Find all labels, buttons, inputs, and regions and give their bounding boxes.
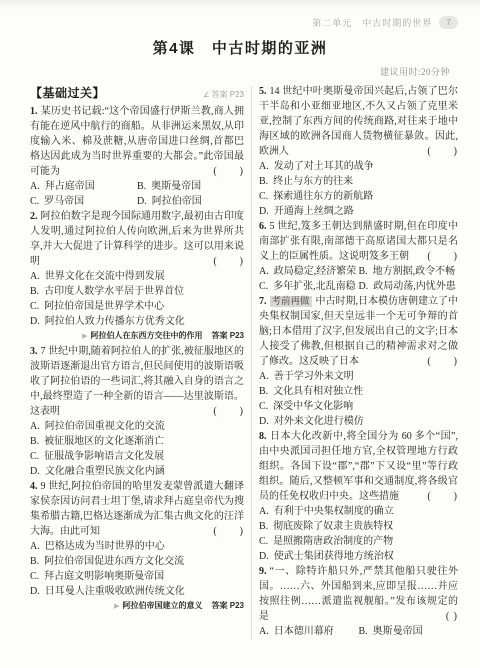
option-row: C.多年扩张,北乱南稳 D.政局动荡,内忧外患 — [259, 279, 458, 294]
answer-ref-label: 答案 P23 — [212, 90, 244, 99]
option-c: C.多年扩张,北乱南稳 — [259, 279, 359, 294]
answer-bracket: ( ) — [427, 354, 458, 369]
option-d: D.文化融合重塑民族文化内涵 — [30, 464, 244, 479]
option-a: A.世界文化在交流中得到发展 — [30, 269, 244, 284]
option-a: A.阿拉伯帝国重视文化的交流 — [30, 419, 244, 434]
right-column: 5.14 世纪中叶奥斯曼帝国兴起后,占领了巴尔干半岛和小亚细亚地区,不久又占领了… — [259, 84, 458, 639]
triangle-icon: ▶ — [114, 603, 119, 610]
question-number: 7. — [259, 296, 267, 307]
option-b: B.阿拉伯帝国促进东西方文化交流 — [30, 554, 244, 569]
answer-ref: ∠答案 P23 — [203, 89, 244, 100]
section-title: 【基础过关】 — [30, 84, 105, 101]
option-c: C.拜占庭文明影响奥斯曼帝国 — [30, 569, 244, 584]
option-b: B.地方割据,政令不畅 — [359, 264, 456, 279]
question-number: 5. — [259, 86, 267, 97]
answer-bracket: ( ) — [213, 254, 244, 269]
answer-bracket: ( ) — [427, 144, 458, 159]
option-c: C.阿拉伯帝国是世界学术中心 — [30, 299, 244, 314]
answer-bracket: ( ) — [213, 524, 244, 539]
question-stem: 2.阿拉伯数字是现今国际通用数字,最初由古印度人发明,通过阿拉伯人传向欧洲,后来… — [30, 209, 244, 269]
workbook-page: 第二单元 中古时期的世界 7 第4课 中古时期的亚洲 建议用时:20分钟 【基础… — [0, 0, 480, 668]
option-b: B.文化具有相对独立性 — [259, 384, 458, 399]
answer-bracket: ( ) — [427, 489, 458, 504]
option-a: A.日本德川幕府 — [259, 624, 359, 639]
question-stem: 8.日本大化改新中,将全国分为 60 多个“国”,由中央派国司担任地方官,全权管… — [259, 429, 458, 504]
stem-text: 7 世纪中期,随着阿拉伯人的扩张,被征服地区的波斯语逐渐退出官方语言,但民间使用… — [30, 346, 244, 417]
option-c: C.深受中华文化影响 — [259, 399, 458, 414]
option-row: A.政局稳定,经济繁荣 B.地方割据,政令不畅 — [259, 264, 458, 279]
question-7: 7.考前再做中古时期,日本模仿唐朝建立了中央集权制国家,但天皇远非一个无可争辩的… — [259, 294, 458, 429]
question-number: 8. — [259, 431, 267, 442]
option-b: B.奥斯曼帝国 — [137, 179, 201, 194]
question-number: 9. — [259, 566, 267, 577]
option-b: B.奥斯曼帝国 — [359, 624, 423, 639]
option-b: B.被征服地区的文化逐渐消亡 — [30, 434, 244, 449]
option-b: B.古印度人数学水平居于世界首位 — [30, 284, 244, 299]
answer-bracket: ( ) — [213, 164, 244, 179]
option-c: C.征服战争影响语言文化发展 — [30, 449, 244, 464]
question-8: 8.日本大化改新中,将全国分为 60 多个“国”,由中央派国司担任地方官,全权管… — [259, 429, 458, 564]
option-d: D.政局动荡,内忧外患 — [359, 279, 456, 294]
answer-bracket: ( ) — [427, 249, 458, 264]
question-4: 4.9 世纪,阿拉伯帝国的哈里发麦蒙曾派遣大翻译家侯奈因访问君士坦丁堡,请求拜占… — [30, 479, 244, 614]
question-9: 9.“一、除特许船只外,严禁其他船只驶往外国。……六、外国船到来,应即呈报……并… — [259, 564, 458, 639]
question-stem: 6.5 世纪,笈多王朝达到鼎盛时期,但在印度中南部扩张有限,南部德干高原诸国大都… — [259, 219, 458, 264]
option-row: C.罗马帝国 D.阿拉伯帝国 — [30, 194, 244, 209]
option-row: A.日本德川幕府 B.奥斯曼帝国 — [259, 624, 458, 639]
stem-text: 阿拉伯数字是现今国际通用数字,最初由古印度人发明,通过阿拉伯人传向欧洲,后来为世… — [30, 211, 244, 267]
option-row: A.拜占庭帝国 B.奥斯曼帝国 — [30, 179, 244, 194]
option-d: D.日耳曼人注重吸收欧洲传统文化 — [30, 584, 244, 599]
question-2: 2.阿拉伯数字是现今国际通用数字,最初由古印度人发明,通过阿拉伯人传向欧洲,后来… — [30, 209, 244, 344]
question-number: 2. — [30, 211, 38, 222]
topic-note: ▶阿拉伯人在东西方交往中的作用答案 P23 — [30, 329, 244, 344]
option-a: A.拜占庭帝国 — [30, 179, 137, 194]
option-d: D.阿拉伯人致力传播东方优秀文化 — [30, 314, 244, 329]
stem-text: 某历史书记载:“这个帝国盛行伊斯兰教,商人拥有能在逆风中航行的商船。从非洲运来黑… — [30, 106, 244, 177]
option-c: C.是照搬隋唐政治制度的产物 — [259, 534, 458, 549]
option-a: A.政局稳定,经济繁荣 — [259, 264, 359, 279]
question-stem: 4.9 世纪,阿拉伯帝国的哈里发麦蒙曾派遣大翻译家侯奈因访问君士坦丁堡,请求拜占… — [30, 479, 244, 539]
option-a: A.发动了对土耳其的战争 — [259, 159, 458, 174]
stem-text: 9 世纪,阿拉伯帝国的哈里发麦蒙曾派遣大翻译家侯奈因访问君士坦丁堡,请求拜占庭皇… — [30, 481, 244, 537]
question-stem: 7.考前再做中古时期,日本模仿唐朝建立了中央集权制国家,但天皇远非一个无可争辩的… — [259, 294, 458, 369]
page-number-badge: 7 — [439, 16, 458, 29]
answer-bracket: ( ) — [446, 609, 458, 624]
stem-text: “一、除特许船只外,严禁其他船只驶往外国。……六、外国船到来,应即呈报……并应按… — [259, 566, 458, 622]
question-5: 5.14 世纪中叶奥斯曼帝国兴起后,占领了巴尔干半岛和小亚细亚地区,不久又占领了… — [259, 84, 458, 219]
option-c: C.罗马帝国 — [30, 194, 137, 209]
question-stem: 9.“一、除特许船只外,严禁其他船只驶往外国。……六、外国船到来,应即呈报……并… — [259, 564, 458, 624]
time-hint: 建议用时:20分钟 — [0, 65, 480, 78]
question-stem: 5.14 世纪中叶奥斯曼帝国兴起后,占领了巴尔干半岛和小亚细亚地区,不久又占领了… — [259, 84, 458, 159]
note-answer-ref: 答案 P23 — [212, 331, 244, 340]
content-columns: 【基础过关】 ∠答案 P23 1.某历史书记载:“这个帝国盛行伊斯兰教,商人拥有… — [0, 84, 480, 639]
question-3: 3.7 世纪中期,随着阿拉伯人的扩张,被征服地区的波斯语逐渐退出官方语言,但民间… — [30, 344, 244, 479]
answer-bracket: ( ) — [213, 404, 244, 419]
question-1: 1.某历史书记载:“这个帝国盛行伊斯兰教,商人拥有能在逆风中航行的商船。从非洲运… — [30, 104, 244, 209]
question-6: 6.5 世纪,笈多王朝达到鼎盛时期,但在印度中南部扩张有限,南部德干高原诸国大都… — [259, 219, 458, 294]
question-number: 6. — [259, 221, 267, 232]
option-b: B.终止与东方的往来 — [259, 174, 458, 189]
question-stem: 1.某历史书记载:“这个帝国盛行伊斯兰教,商人拥有能在逆风中航行的商船。从非洲运… — [30, 104, 244, 179]
note-topic: 阿拉伯帝国建立的意义 — [123, 601, 203, 610]
option-a: A.善于学习外来文明 — [259, 369, 458, 384]
option-d: D.对外来文化进行模仿 — [259, 414, 458, 429]
triangle-icon: ▶ — [82, 333, 87, 340]
topic-note: ▶阿拉伯帝国建立的意义答案 P23 — [30, 599, 244, 614]
question-stem: 3.7 世纪中期,随着阿拉伯人的扩张,被征服地区的波斯语逐渐退出官方语言,但民间… — [30, 344, 244, 419]
question-number: 3. — [30, 346, 38, 357]
section-header: 【基础过关】 ∠答案 P23 — [30, 84, 244, 101]
option-d: D.使武士集团获得地方统治权 — [259, 549, 458, 564]
option-c: C.探索通往东方的新航路 — [259, 189, 458, 204]
unit-header: 第二单元 中古时期的世界 7 — [0, 16, 480, 29]
left-column: 【基础过关】 ∠答案 P23 1.某历史书记载:“这个帝国盛行伊斯兰教,商人拥有… — [30, 84, 244, 639]
option-d: D.开通海上丝绸之路 — [259, 204, 458, 219]
lesson-title: 第4课 中古时期的亚洲 — [0, 37, 480, 58]
option-a: A.有利于中央集权制度的确立 — [259, 504, 458, 519]
option-d: D.阿拉伯帝国 — [137, 194, 202, 209]
question-number: 1. — [30, 106, 38, 117]
note-answer-ref: 答案 P23 — [212, 601, 244, 610]
column-divider — [251, 86, 252, 639]
option-b: B.彻底废除了奴隶主贵族特权 — [259, 519, 458, 534]
answer-corner-icon: ∠ — [203, 92, 209, 99]
unit-breadcrumb: 第二单元 中古时期的世界 — [312, 16, 432, 29]
exam-tag: 考前再做 — [270, 296, 312, 307]
question-number: 4. — [30, 481, 38, 492]
option-a: A.巴格达成为当时世界的中心 — [30, 539, 244, 554]
note-topic: 阿拉伯人在东西方交往中的作用 — [91, 331, 203, 340]
